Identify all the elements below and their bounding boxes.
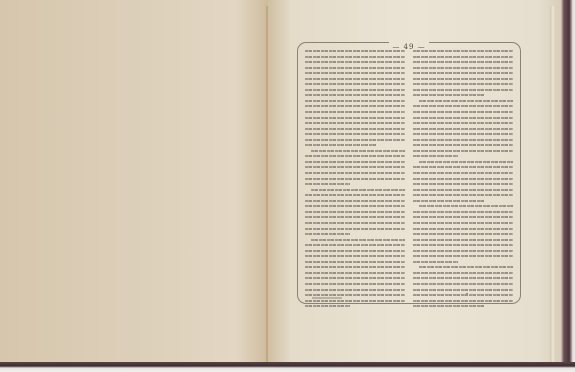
text-line (305, 300, 405, 302)
text-line (305, 105, 405, 107)
text-line (413, 183, 513, 185)
text-line (311, 150, 405, 152)
text-line (305, 183, 350, 185)
text-line (413, 50, 513, 52)
text-line (305, 122, 405, 124)
text-column-right (413, 50, 513, 311)
text-line (413, 83, 513, 85)
text-line (305, 305, 350, 307)
text-line (419, 161, 513, 163)
text-line (413, 128, 513, 130)
text-line (305, 144, 377, 146)
text-line (305, 200, 405, 202)
text-line (305, 94, 405, 96)
left-page-blank (0, 0, 268, 366)
text-line (305, 244, 405, 246)
text-line (413, 166, 513, 168)
text-line (305, 111, 405, 113)
book-cover-edge (561, 0, 575, 366)
text-line (305, 161, 405, 163)
text-line (305, 205, 405, 207)
text-line (413, 172, 513, 174)
text-line (413, 72, 513, 74)
text-line (413, 305, 485, 307)
text-line (413, 117, 513, 119)
text-line (413, 89, 513, 91)
text-line (305, 255, 405, 257)
text-line (413, 105, 513, 107)
text-line (305, 194, 405, 196)
book-cover-bottom (0, 362, 575, 372)
text-line (413, 261, 458, 263)
text-line (413, 228, 513, 230)
text-line (413, 239, 513, 241)
text-line (305, 117, 405, 119)
text-line (305, 128, 405, 130)
text-line (311, 239, 405, 241)
text-line (413, 244, 513, 246)
text-line (305, 100, 405, 102)
text-line (419, 266, 513, 268)
text-line (413, 144, 513, 146)
book-gutter (266, 6, 268, 362)
text-line (413, 272, 513, 274)
signature-line (312, 297, 342, 299)
text-column-left (305, 50, 405, 311)
end-mark (466, 293, 468, 295)
text-line (413, 94, 485, 96)
text-line (413, 67, 513, 69)
text-line (413, 255, 513, 257)
text-line (413, 150, 513, 152)
text-line (305, 67, 405, 69)
text-line (413, 300, 513, 302)
text-line (305, 261, 405, 263)
text-line (413, 189, 513, 191)
text-line (305, 250, 405, 252)
text-line (305, 61, 405, 63)
text-line (413, 216, 513, 218)
text-line (413, 233, 513, 235)
text-line (305, 289, 405, 291)
text-line (305, 233, 350, 235)
text-line (305, 139, 405, 141)
text-line (305, 78, 405, 80)
text-line (305, 216, 405, 218)
text-line (413, 61, 513, 63)
page-edges (550, 6, 556, 362)
text-line (413, 222, 513, 224)
text-line (413, 200, 485, 202)
text-line (305, 166, 405, 168)
text-line (413, 283, 513, 285)
text-line (413, 277, 513, 279)
text-line (413, 56, 513, 58)
text-line (419, 205, 513, 207)
text-line (413, 194, 513, 196)
text-line (305, 56, 405, 58)
text-line (413, 155, 458, 157)
text-line (305, 222, 405, 224)
text-line (413, 78, 513, 80)
text-line (413, 178, 513, 180)
text-line (413, 211, 513, 213)
text-line (413, 250, 513, 252)
text-line (305, 228, 405, 230)
text-line (305, 294, 405, 296)
text-line (305, 178, 405, 180)
text-line (305, 155, 405, 157)
text-line (305, 89, 405, 91)
text-line (305, 72, 405, 74)
text-line (305, 283, 405, 285)
text-line (305, 172, 405, 174)
text-line (305, 277, 405, 279)
text-line (413, 122, 513, 124)
text-line (413, 294, 513, 296)
text-line (305, 211, 405, 213)
text-line (413, 111, 513, 113)
text-line (311, 189, 405, 191)
text-line (419, 100, 513, 102)
text-line (305, 133, 405, 135)
text-line (305, 83, 405, 85)
text-line (413, 289, 513, 291)
text-line (305, 272, 405, 274)
book-spread: — 49 — (0, 0, 575, 372)
text-line (305, 266, 405, 268)
text-line (305, 50, 405, 52)
text-line (413, 139, 513, 141)
text-line (413, 133, 513, 135)
